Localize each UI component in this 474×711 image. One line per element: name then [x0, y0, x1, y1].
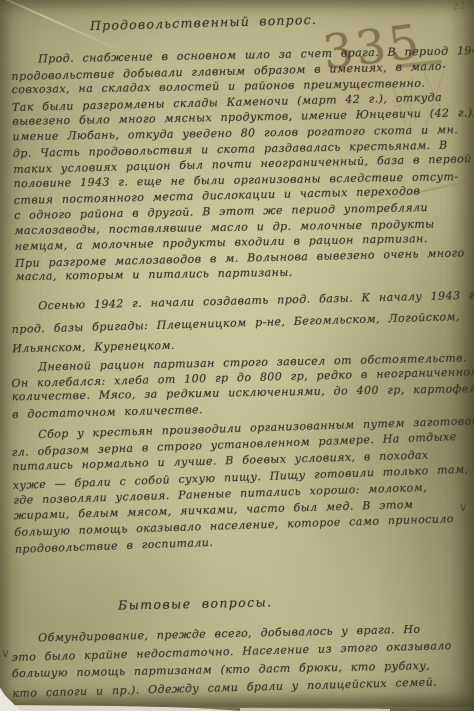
- paragraph-procurement: Сбор у крестьян производили организованн…: [11, 414, 470, 558]
- document-scan: 22 335 Продовольственный вопрос. Прод. с…: [0, 0, 474, 711]
- paragraph-food-bases: Осенью 1942 г. начали создавать прод. ба…: [11, 285, 467, 361]
- document-title: Продовольственный вопрос.: [90, 12, 317, 33]
- page-number: 22: [452, 1, 467, 13]
- paragraph-clothing: Обмундирование, прежде всего, добывалось…: [11, 620, 468, 702]
- margin-check-icon: ∨: [458, 500, 468, 515]
- paragraph-daily-ration: Дневной рацион партизан строго зависел о…: [11, 350, 467, 420]
- paragraph-food-supply: Прод. снабжение в основном шло за счет в…: [11, 43, 470, 286]
- section-heading: Бытовые вопросы.: [118, 594, 273, 612]
- margin-check-icon: ∨: [1, 646, 10, 660]
